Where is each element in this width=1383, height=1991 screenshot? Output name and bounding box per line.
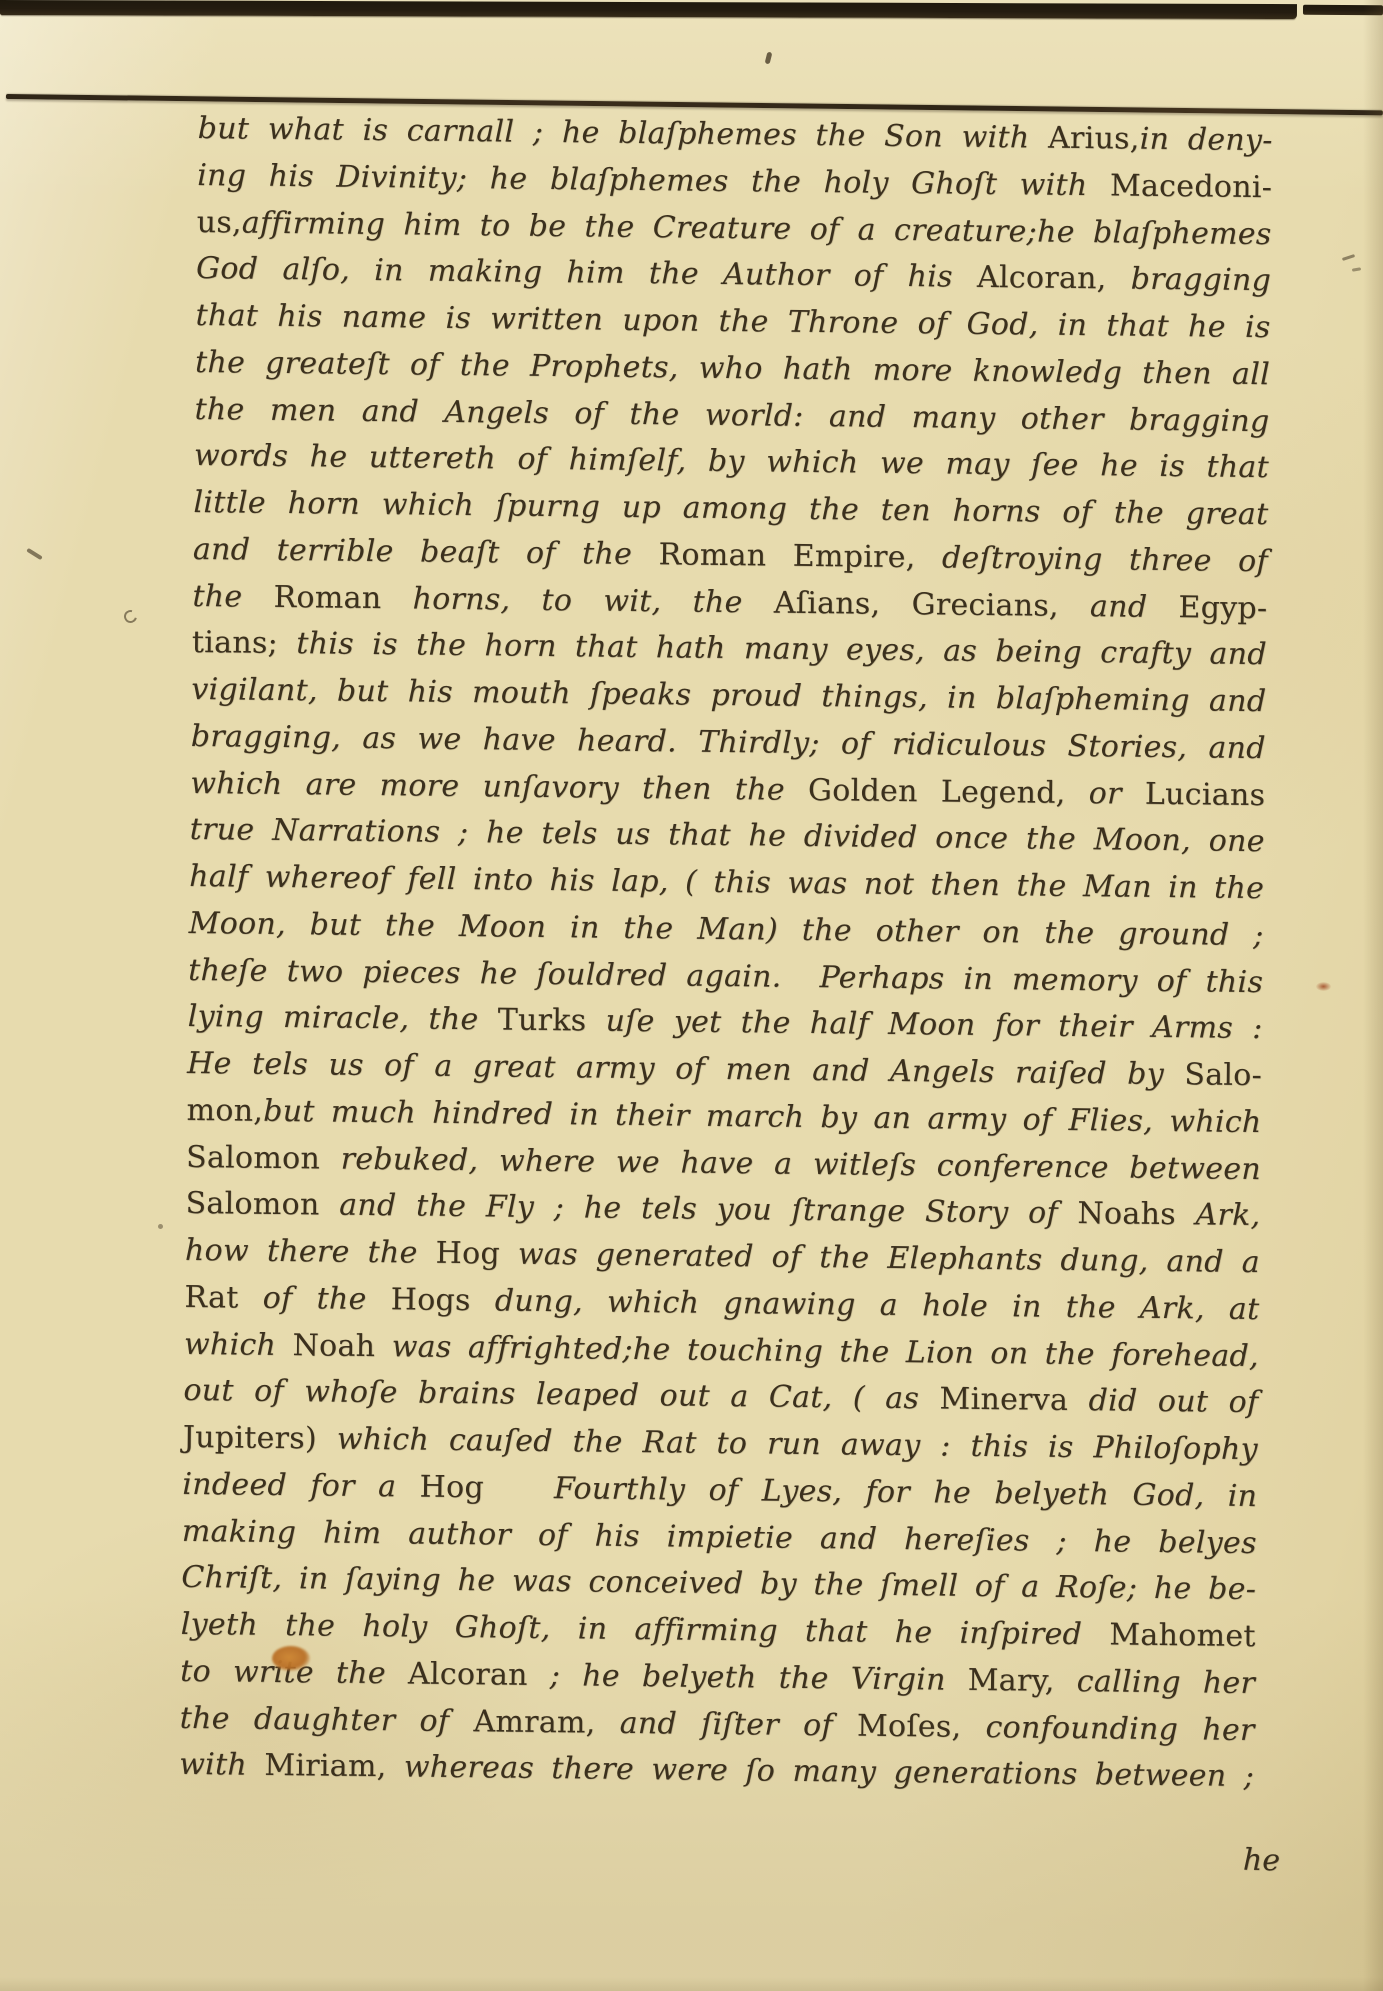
italic-text-segment: that his name is written upon the Throne… (195, 298, 1270, 345)
italic-text-segment: bragging (1106, 262, 1271, 299)
italic-text-segment: making him author of his impietie and he… (182, 1513, 1257, 1560)
roman-text-segment: Arius, (1048, 121, 1140, 157)
italic-text-segment: confounding her (961, 1709, 1255, 1747)
roman-text-segment: Salo- (1184, 1057, 1262, 1093)
italic-text-segment: horns, to wit, the (381, 581, 774, 620)
italic-text-segment: with (179, 1747, 265, 1783)
italic-text-segment: indeed for a (182, 1467, 420, 1505)
italic-text-segment: and terrible beaſt of the (193, 532, 659, 572)
italic-text-segment: rebuked, where we have a witleſs confere… (320, 1141, 1261, 1187)
roman-text-segment: Mahomet (1109, 1617, 1256, 1654)
italic-text-segment: did out of (1068, 1383, 1259, 1420)
italic-text-segment: whereas there were ſo many generations b… (386, 1749, 1254, 1794)
italic-text-segment: vigilant, but his mouth ſpeaks proud thi… (191, 672, 1266, 719)
scan-top-edge-bar (0, 0, 1297, 19)
italic-text-segment: lying miracle, the (187, 999, 497, 1038)
roman-text-segment: Salomon (186, 1139, 320, 1176)
italic-text-segment: Chriſt, in ſaying he was conceived by th… (181, 1560, 1256, 1607)
italic-text-segment: and the Fly ; he tels you ſtrange Story … (319, 1188, 1077, 1232)
roman-text-segment: Salomon (185, 1186, 319, 1223)
italic-text-segment: true Narrations ; he tels us that he div… (190, 812, 1265, 859)
italic-text-segment: this is the horn that hath many eyes, as… (278, 626, 1267, 672)
roman-text-segment: Macedoni- (1110, 168, 1273, 205)
ink-speck (1316, 982, 1331, 991)
italic-text-segment: which are more unſavory then the (190, 765, 808, 807)
italic-text-segment: Fourthly of Lyes, for he belyeth God, in (484, 1470, 1258, 1514)
roman-text-segment: Alcoran (408, 1656, 528, 1692)
italic-text-segment: God alſo, in making him the Author of hi… (196, 251, 977, 295)
roman-text-segment: Amram, (473, 1704, 596, 1740)
italic-text-segment: words he uttereth of himſelf, by which w… (194, 438, 1269, 485)
roman-text-segment: Moſes, (857, 1708, 962, 1744)
ink-speck (158, 1224, 163, 1229)
roman-text-segment: Minerva (939, 1382, 1068, 1418)
roman-text-segment: Hog (435, 1236, 500, 1272)
roman-text-segment: tians; (192, 625, 279, 661)
italic-text-segment: how there the (185, 1233, 436, 1271)
roman-text-segment: us, (196, 204, 242, 240)
italic-text-segment: the greateſt of the Prophets, who hath m… (195, 345, 1270, 392)
italic-text-segment: the daughter of (180, 1700, 474, 1738)
italic-text-segment: ; he belyeth the Virgin (528, 1658, 968, 1698)
italic-text-segment: and ſiſter of (595, 1705, 857, 1743)
italic-text-segment: in deny- (1140, 122, 1273, 159)
italic-text-segment: was affrighted;he touching the Lion on t… (375, 1329, 1259, 1374)
italic-text-segment: ing his Divinity; he blaſphemes the holy… (197, 158, 1110, 203)
italic-text-segment: of the (238, 1280, 391, 1317)
ink-speck (122, 608, 140, 626)
roman-text-segment: Egyp- (1178, 590, 1267, 626)
ink-speck (765, 52, 773, 65)
catchword: he (1243, 1843, 1281, 1879)
roman-text-segment: Turks (498, 1003, 587, 1039)
roman-text-segment: Aſians, Grecians, (774, 585, 1059, 623)
italic-text-segment: Ark, (1176, 1197, 1261, 1233)
italic-text-segment: bragging, as we have heard. Thirdly; of … (191, 719, 1266, 766)
italic-text-segment: He tels us of a great army of men and An… (187, 1046, 1185, 1092)
italic-text-segment: little horn which ſpurng up among the te… (193, 485, 1268, 532)
roman-text-segment: Noahs (1077, 1196, 1176, 1232)
book-page-scan: but what is carnall ; he blaſphemes the … (0, 0, 1383, 1991)
italic-text-segment: deſtroying three of (915, 540, 1268, 579)
ink-speck (1342, 254, 1355, 261)
italic-text-segment: theſe two pieces he ſouldred again. Perh… (188, 952, 1263, 999)
italic-text-segment: the men and Angels of the world: and man… (194, 391, 1269, 438)
italic-text-segment: or (1065, 775, 1145, 811)
italic-text-segment: calling her (1055, 1664, 1256, 1701)
roman-text-segment: Hog (419, 1469, 484, 1505)
roman-text-segment: Jupiters) (183, 1420, 317, 1457)
italic-text-segment: but what is carnall ; he blaſphemes the … (198, 111, 1049, 156)
italic-text-segment: uſe yet the half Moon for their Arms : (586, 1004, 1263, 1047)
italic-text-segment: half whereof fell into his lap, ( this w… (189, 859, 1264, 906)
italic-text-segment: was generated of the Elephants dung, and… (500, 1237, 1260, 1281)
scan-top-edge-bar-fragment (1303, 5, 1383, 16)
roman-text-segment: mon, (186, 1093, 263, 1129)
italic-text-segment: lyeth the holy Ghoſt, in affirming that … (181, 1607, 1110, 1653)
ink-speck (1352, 267, 1361, 272)
roman-text-segment: Roman (273, 579, 381, 615)
roman-text-segment: Rat (184, 1280, 239, 1316)
roman-text-segment: Lucians (1145, 776, 1266, 812)
italic-text-segment: the (192, 578, 274, 614)
italic-text-segment: which (184, 1326, 293, 1362)
page-edge-shadow (1363, 0, 1383, 1991)
roman-text-segment: Golden Legend, (808, 772, 1066, 810)
roman-text-segment: Miriam, (264, 1748, 387, 1784)
roman-text-segment: Noah (292, 1328, 375, 1364)
italic-text-segment: and (1059, 588, 1179, 624)
italic-text-segment: which cauſed the Rat to run away : this … (317, 1421, 1258, 1467)
italic-text-segment: Moon, but the Moon in the Man) the other… (189, 906, 1264, 953)
italic-text-segment: dung, which gnawing a hole in the Ark, a… (471, 1283, 1260, 1327)
roman-text-segment: Alcoran, (977, 260, 1107, 296)
roman-text-segment: Hogs (391, 1282, 471, 1318)
ink-speck (26, 548, 43, 560)
roman-text-segment: Roman Empire, (658, 537, 915, 575)
roman-text-segment: Mary, (968, 1663, 1055, 1699)
italic-text-segment: out of whoſe brains leaped out a Cat, ( … (183, 1373, 940, 1417)
italic-text-segment: but much hindred in their march by an ar… (263, 1094, 1262, 1140)
page-edge-shadow (0, 1977, 1383, 1991)
ink-stain (272, 1646, 310, 1671)
italic-text-segment: affirming him to be the Creature of a cr… (242, 205, 1272, 252)
text-block: but what is carnall ; he blaſphemes the … (179, 106, 1273, 1801)
